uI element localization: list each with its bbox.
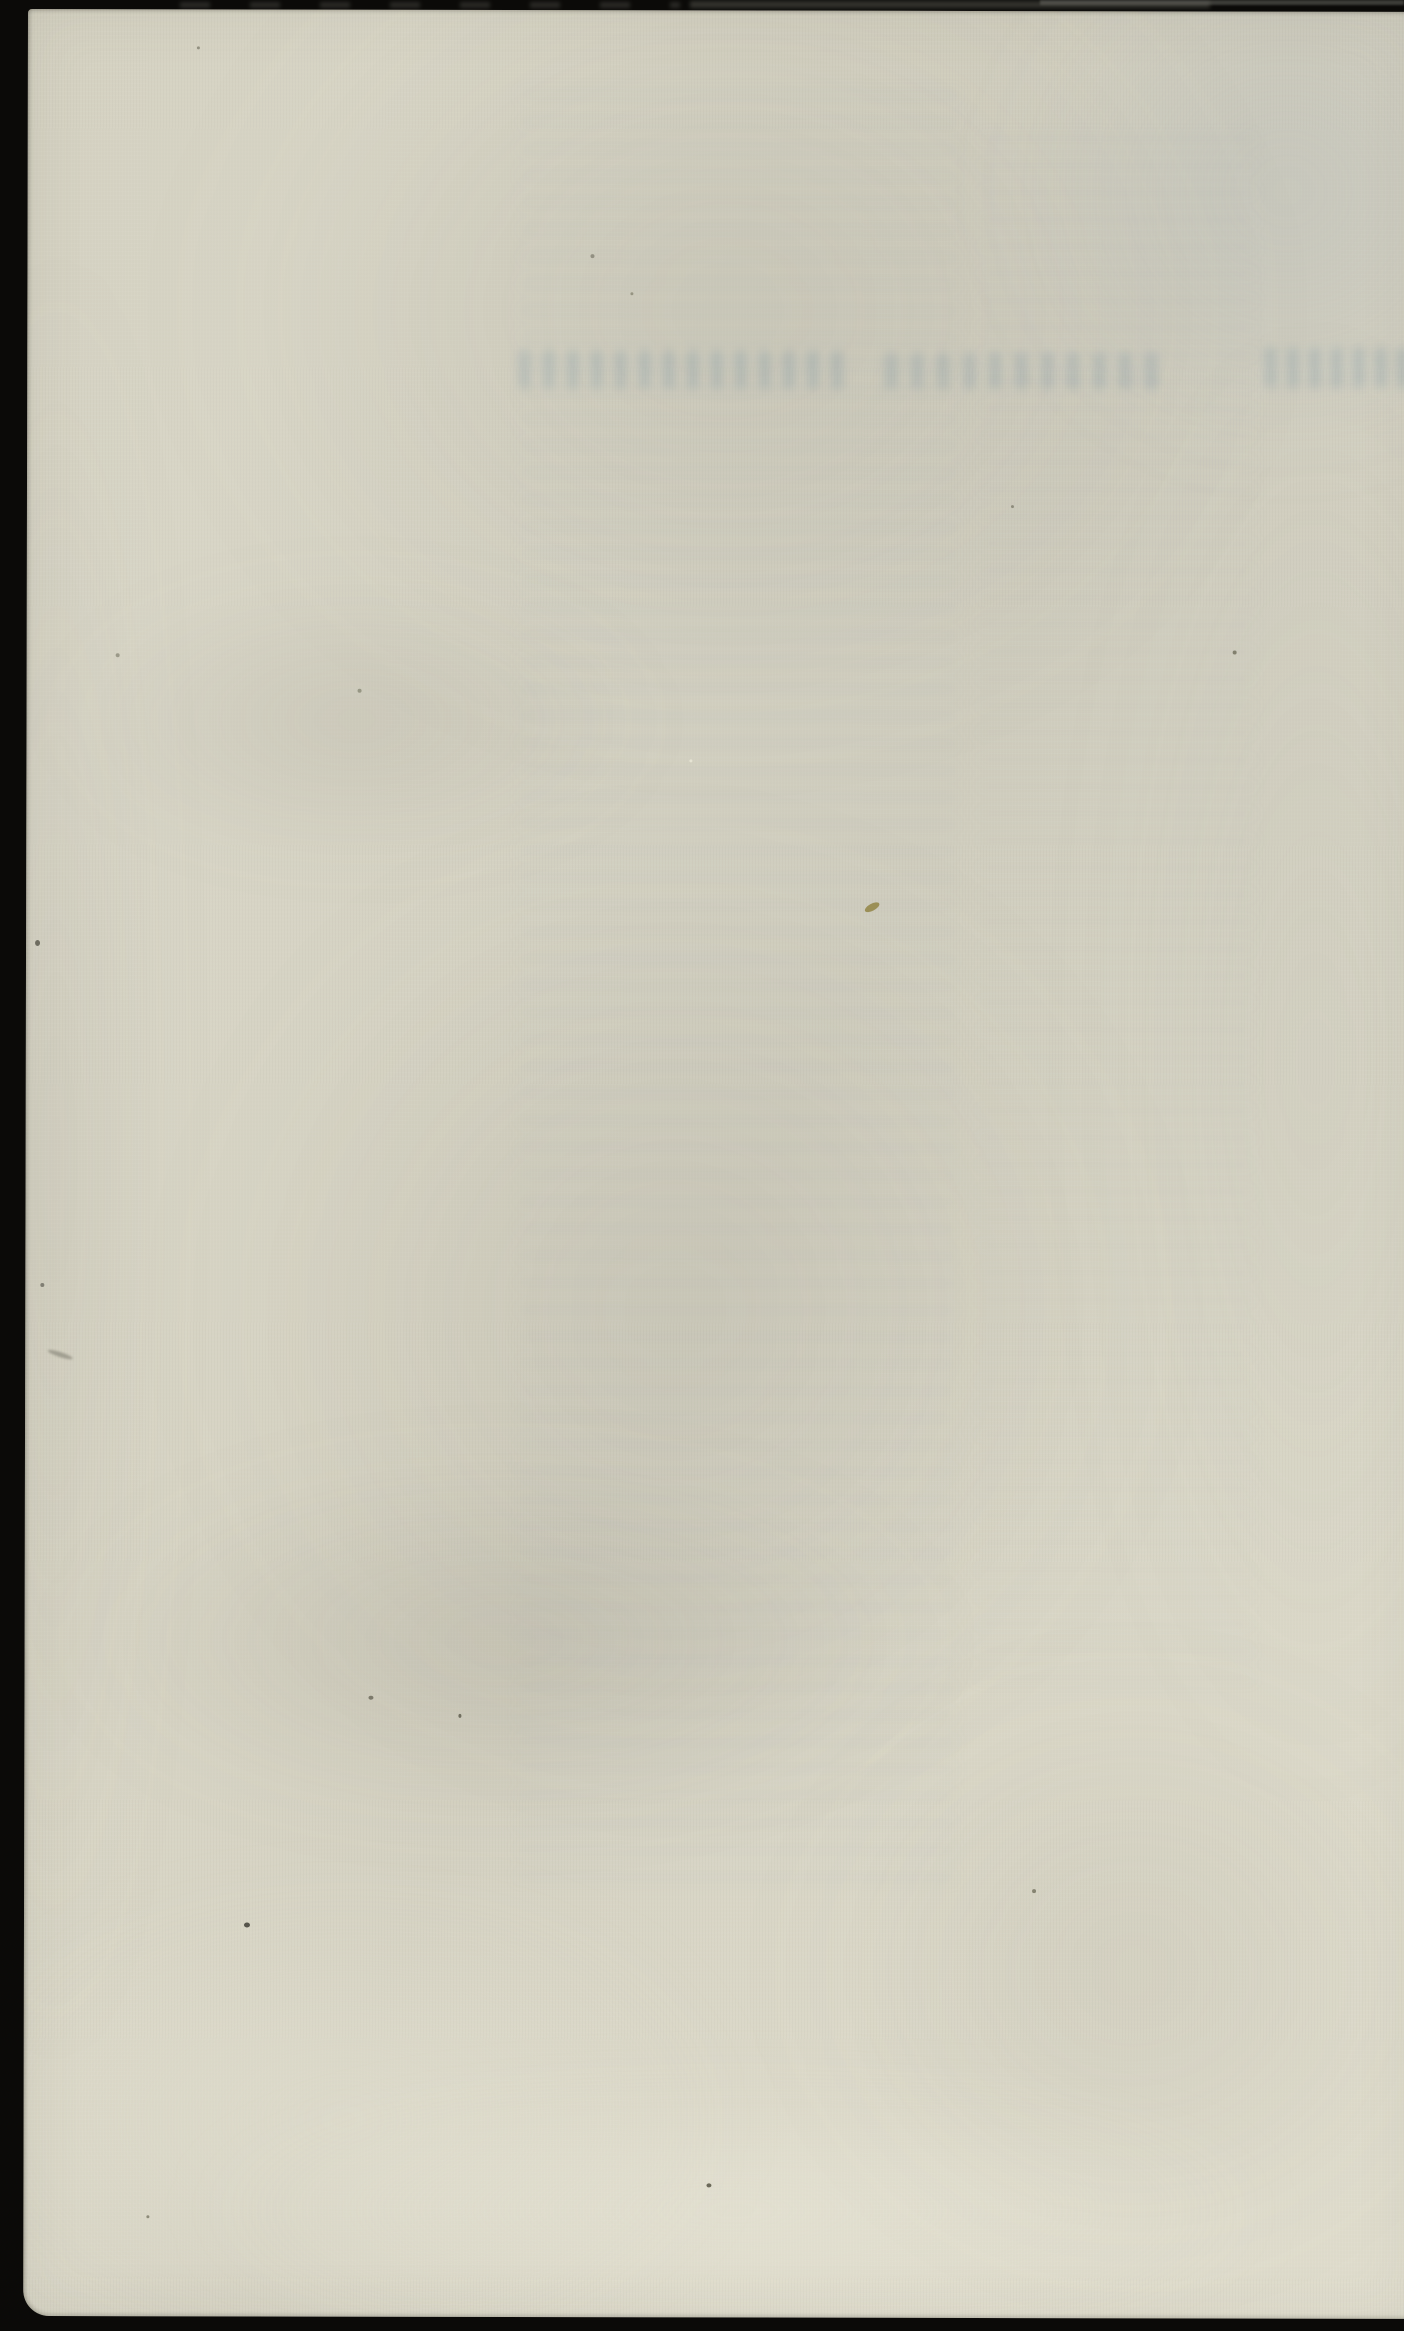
speck — [244, 1922, 250, 1927]
speck — [146, 2215, 149, 2218]
left-edge-shade — [23, 209, 167, 2109]
pencil-smudge — [47, 1348, 73, 1361]
showthrough-band-1 — [519, 350, 849, 389]
light-fleck — [689, 759, 692, 762]
platen-streak — [690, 1, 1210, 8]
speck — [590, 254, 594, 258]
speck — [630, 292, 633, 295]
speck — [116, 653, 120, 657]
scanned-book-spread: { "scan": { "description": "Blank aged v… — [0, 0, 1404, 2331]
speck — [197, 46, 200, 49]
top-right-blue-wash — [1007, 9, 1404, 452]
foxing-dash — [863, 900, 880, 914]
showthrough-band-2 — [885, 353, 1165, 390]
speck — [368, 1696, 373, 1700]
edge-speck — [35, 940, 40, 946]
speck — [706, 2183, 711, 2187]
upper-shade — [176, 9, 1278, 762]
speck — [1032, 1889, 1036, 1893]
ghost-text-column-2 — [975, 121, 1258, 1682]
top-band-mottle — [180, 2, 680, 8]
top-edge-sliver — [1040, 0, 1404, 5]
mid-band-stain — [54, 1449, 955, 1831]
ghost-text-column-1 — [516, 80, 960, 1881]
left-cloud-stain — [46, 569, 667, 870]
showthrough-band-3 — [1265, 348, 1404, 388]
speck — [358, 689, 362, 693]
right-column-shade — [1104, 311, 1404, 1812]
book-page — [23, 9, 1404, 2319]
speck — [1233, 651, 1237, 655]
center-cloud-stain — [174, 809, 1176, 1811]
speck — [1011, 505, 1014, 508]
bottom-right-stain — [783, 1661, 1404, 2282]
speck — [458, 1714, 461, 1718]
speck — [40, 1283, 44, 1287]
bottom-left-light — [23, 1909, 724, 2319]
bottom-center-light — [183, 2089, 1284, 2319]
